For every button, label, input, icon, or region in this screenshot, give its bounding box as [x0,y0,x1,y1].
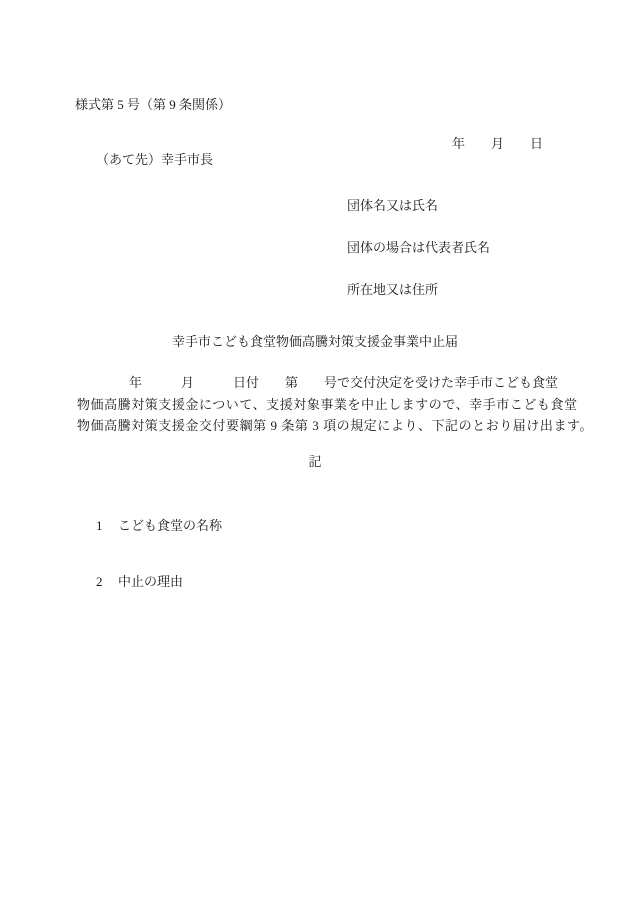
body-line-3: 物価高騰対策支援金交付要綱第 9 条第 3 項の規定により、下記のとおり届け出ま… [77,415,573,437]
addressee-line: （あて先）幸手市長 [96,151,213,168]
item-2-number: 2 [96,573,118,590]
item-1-number: 1 [96,517,118,534]
document-title: 幸手市こども食堂物価高騰対策支援金事業中止届 [0,333,630,350]
item-discontinuation-reason: 2中止の理由 [83,556,183,607]
record-marker: 記 [0,453,630,470]
organization-or-person-name-label: 団体名又は氏名 [347,197,438,214]
item-2-label: 中止の理由 [118,574,183,589]
document-page: 様式第 5 号（第 9 条関係） 年 月 日 （あて先）幸手市長 団体名又は氏名… [0,0,630,903]
item-1-label: こども食堂の名称 [118,518,222,533]
body-line-2: 物価高騰対策支援金について、支援対象事業を中止しますので、幸手市こども食堂 [77,394,573,416]
form-number: 様式第 5 号（第 9 条関係） [75,96,231,113]
item-cafeteria-name: 1こども食堂の名称 [83,500,222,551]
date-line: 年 月 日 [452,135,543,152]
body-paragraph: 年 月 日付 第 号で交付決定を受けた幸手市こども食堂 物価高騰対策支援金につい… [77,372,573,437]
representative-name-label: 団体の場合は代表者氏名 [347,239,490,256]
location-or-address-label: 所在地又は住所 [347,281,438,298]
body-line-1: 年 月 日付 第 号で交付決定を受けた幸手市こども食堂 [77,372,573,394]
